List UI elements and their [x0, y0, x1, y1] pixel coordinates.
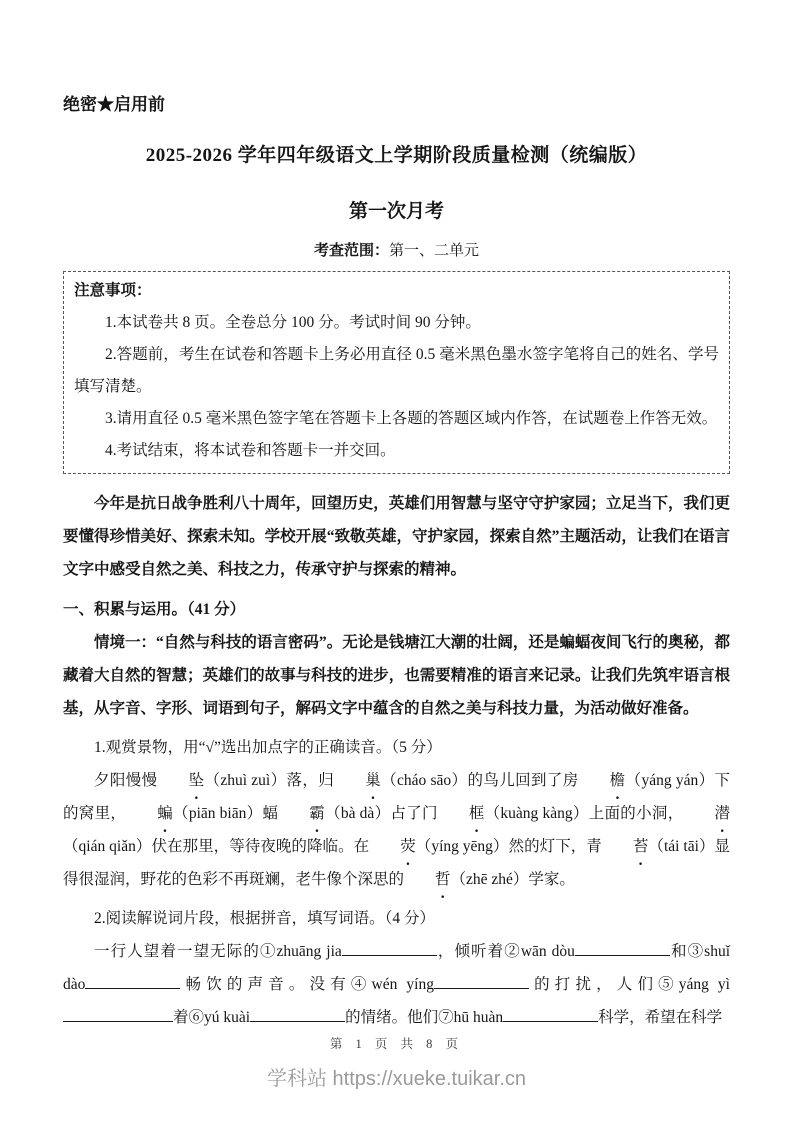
question-2-prompt: 2.阅读解说词片段，根据拼音，填写词语。（4 分）	[63, 902, 730, 935]
fill-blank	[575, 952, 670, 956]
scope-label: 考查范围：	[314, 243, 389, 259]
emphasized-char: 蝙	[126, 797, 173, 830]
page-title: 2025-2026 学年四年级语文上学期阶段质量检测（统编版）	[63, 140, 730, 167]
notice-title: 注意事项：	[74, 275, 719, 307]
watermark-link: 学科站 https://xueke.tuikar.cn	[0, 1062, 793, 1091]
classification-text: 绝密★启用前	[63, 90, 730, 115]
emphasized-char: 坠	[158, 764, 205, 797]
emphasized-char: 潜	[684, 797, 731, 830]
emphasized-char: 框	[438, 797, 485, 830]
notice-item: 3.请用直径 0.5 毫米黑色签字笔在答题卡上各题的答题区域内作答，在试题卷上作…	[74, 403, 719, 435]
intro-paragraph: 今年是抗日战争胜利八十周年，回望历史，英雄们用智慧与坚守守护家园；立足当下，我们…	[63, 487, 730, 586]
emphasized-char: 苔	[602, 830, 649, 863]
notice-box: 注意事项： 1.本试卷共 8 页。全卷总分 100 分。考试时间 90 分钟。2…	[63, 271, 730, 474]
fill-blank	[503, 1018, 598, 1022]
scenario-paragraph: 情境一：“自然与科技的语言密码”。无论是钱塘江大潮的壮阔，还是蝙蝠夜间飞行的奥秘…	[63, 626, 730, 725]
emphasized-char: 哲	[404, 863, 451, 896]
question-2-passage: 一行人望着一望无际的①zhuāng jia，倾听着②wān dòu和③shuǐ …	[63, 935, 730, 1034]
fill-blank	[85, 985, 180, 989]
question-1-passage: 夕阳慢慢坠（zhuì zuì）落，归巢（cháo sāo）的鸟儿回到了房檐（yá…	[63, 764, 730, 896]
emphasized-char: 檐	[579, 764, 626, 797]
section-one-heading: 一、积累与运用。（41 分）	[63, 593, 730, 626]
notice-item: 4.考试结束，将本试卷和答题卡一并交回。	[74, 435, 719, 467]
emphasized-char: 荧	[369, 830, 416, 863]
notice-item: 1.本试卷共 8 页。全卷总分 100 分。考试时间 90 分钟。	[74, 307, 719, 339]
scope-value: 第一、二单元	[389, 243, 479, 259]
emphasized-char: 巢	[334, 764, 381, 797]
question-1-prompt: 1.观赏景物，用“√”选出加点字的正确读音。（5 分）	[63, 731, 730, 764]
fill-blank	[434, 985, 529, 989]
page-number: 第 1 页 共 8 页	[0, 1034, 793, 1052]
fill-blank	[63, 1018, 173, 1022]
exam-scope: 考查范围：第一、二单元	[63, 239, 730, 260]
notice-items: 1.本试卷共 8 页。全卷总分 100 分。考试时间 90 分钟。2.答题前，考…	[74, 307, 719, 467]
notice-item: 2.答题前，考生在试卷和答题卡上务必用直径 0.5 毫米黑色墨水签字笔将自己的姓…	[74, 339, 719, 403]
fill-blank	[250, 1018, 345, 1022]
page-subtitle: 第一次月考	[63, 196, 730, 223]
fill-blank	[342, 952, 437, 956]
emphasized-char: 霸	[278, 797, 325, 830]
exam-paper-page: 绝密★启用前 2025-2026 学年四年级语文上学期阶段质量检测（统编版） 第…	[0, 0, 793, 1122]
